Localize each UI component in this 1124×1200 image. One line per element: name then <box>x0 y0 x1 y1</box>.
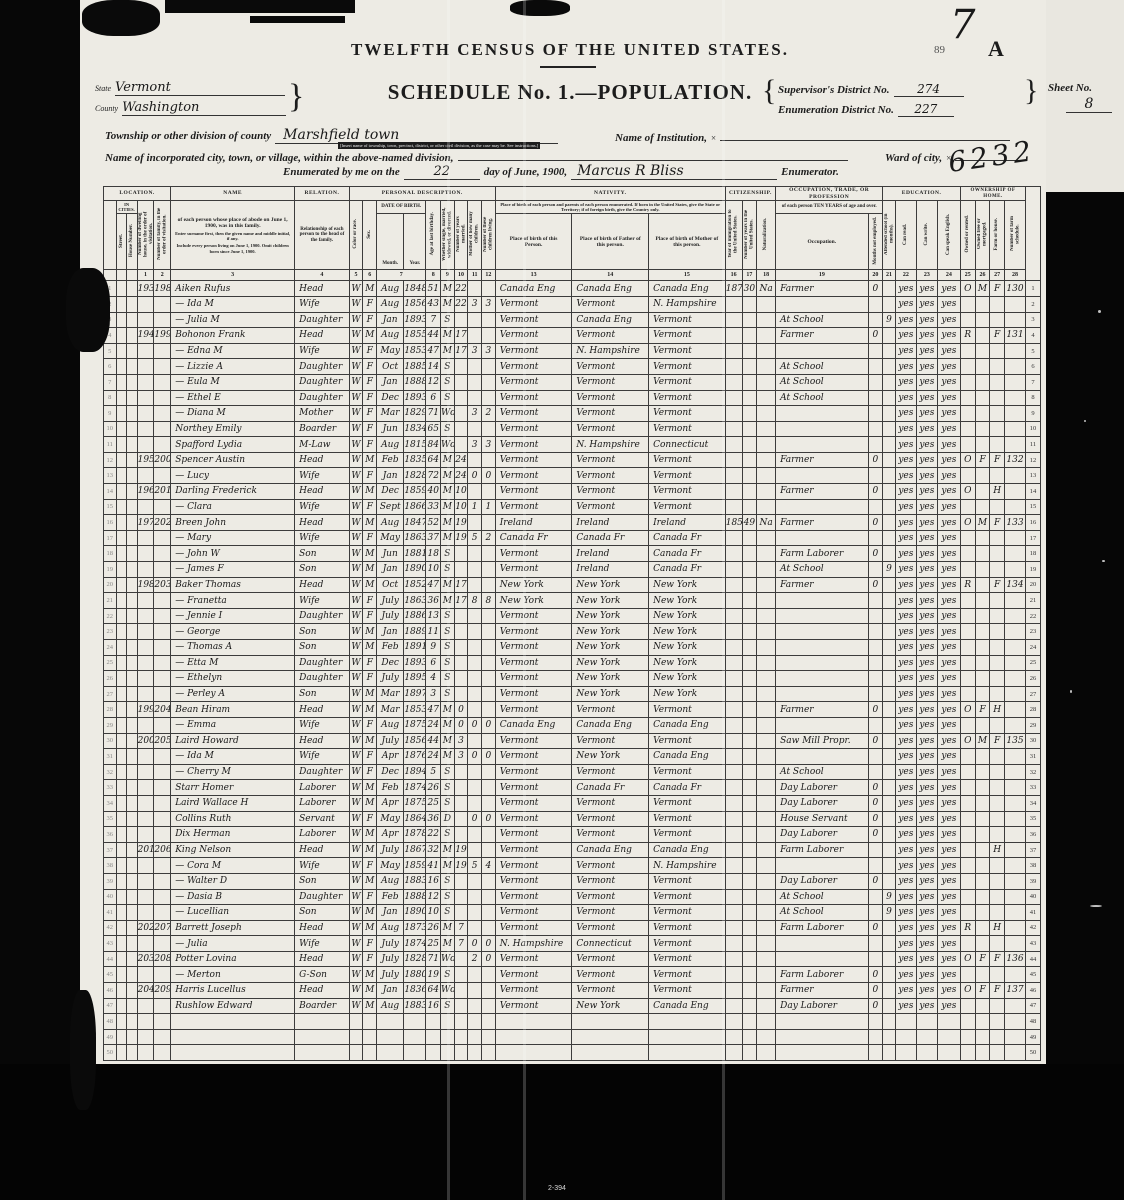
cell-pf: Vermont <box>572 983 649 999</box>
cell-house <box>127 858 138 874</box>
cell-nat <box>757 671 776 687</box>
cell-write: yes <box>916 905 937 921</box>
cell-bmo: Feb <box>377 889 404 905</box>
line-number-right: 13 <box>1026 468 1041 484</box>
column-number: 27 <box>990 270 1005 281</box>
cell-yus <box>742 577 757 593</box>
cell-byr: 1891 <box>404 640 426 656</box>
cell-own <box>960 795 975 811</box>
cell-sex: F <box>363 406 377 422</box>
cell-pm: Vermont <box>649 811 726 827</box>
cell-own: O <box>960 281 975 297</box>
cell-write: yes <box>916 702 937 718</box>
cell-name: — Mary <box>171 530 295 546</box>
cell-mch <box>468 795 482 811</box>
cell-mch <box>468 780 482 796</box>
cell-yus <box>742 858 757 874</box>
cell-dw <box>137 1029 154 1045</box>
cell-mlv <box>481 733 495 749</box>
cell-mlv: 2 <box>481 530 495 546</box>
cell-mne <box>868 951 883 967</box>
cell-imm <box>725 343 742 359</box>
cell-dw: 199 <box>137 702 154 718</box>
cell-pm: Vermont <box>649 499 726 515</box>
cell-byr: 1866 <box>404 499 426 515</box>
cell-street <box>116 562 127 578</box>
cell-write: yes <box>916 608 937 624</box>
cell-yus <box>742 951 757 967</box>
cell-pob: Vermont <box>495 624 572 640</box>
cell-pm: Canada Fr <box>649 530 726 546</box>
cell-fam: 201 <box>154 484 171 500</box>
cell-street <box>116 1045 127 1061</box>
cell-name <box>171 1029 295 1045</box>
cell-pf: N. Hampshire <box>572 343 649 359</box>
sheet-label: Sheet No. <box>1048 82 1092 94</box>
cell-own <box>960 905 975 921</box>
cell-eng: yes <box>937 842 960 858</box>
line-number-left: 31 <box>104 749 117 765</box>
cell-age: 44 <box>426 733 441 749</box>
cell-sched <box>1005 811 1026 827</box>
cell-ofm: M <box>975 281 990 297</box>
cell-sex: M <box>363 281 377 297</box>
cell-age: 4 <box>426 671 441 687</box>
cell-write: yes <box>916 562 937 578</box>
cell-street <box>116 795 127 811</box>
cell-sched <box>1005 390 1026 406</box>
cell-sex: F <box>363 296 377 312</box>
head-house-number: House Number. <box>127 214 138 270</box>
supervisor-value: 274 <box>894 82 964 97</box>
cell-byr: 1853 <box>404 702 426 718</box>
cell-pf: N. Hampshire <box>572 437 649 453</box>
cell-mlv <box>481 624 495 640</box>
cell-eng: yes <box>937 655 960 671</box>
cell-fh <box>990 421 1005 437</box>
cell-pob: Vermont <box>495 749 572 765</box>
head-color: Color or race. <box>349 201 363 270</box>
cell-imm <box>725 842 742 858</box>
cell-house <box>127 671 138 687</box>
cell-ofm <box>975 593 990 609</box>
census-row: 45— MertonG-SonWMJuly188019SVermontVermo… <box>104 967 1041 983</box>
cell-eng: yes <box>937 671 960 687</box>
head-years-married: Number of years married. <box>454 201 468 270</box>
cell-eng: yes <box>937 858 960 874</box>
cell-fam: 209 <box>154 983 171 999</box>
cell-sch <box>883 764 896 780</box>
cell-own <box>960 967 975 983</box>
cell-pm: Canada Fr <box>649 546 726 562</box>
cell-yrm <box>454 764 468 780</box>
cell-name: Dix Herman <box>171 827 295 843</box>
cell-fam: 199 <box>154 328 171 344</box>
cell-color: W <box>349 593 363 609</box>
cell-imm <box>725 1014 742 1030</box>
cell-yus <box>742 421 757 437</box>
cell-sex: F <box>363 608 377 624</box>
cell-fh <box>990 499 1005 515</box>
cell-write: yes <box>916 998 937 1014</box>
cell-yus <box>742 983 757 999</box>
cell-bmo: Aug <box>377 920 404 936</box>
cell-own: O <box>960 951 975 967</box>
cell-pf: New York <box>572 593 649 609</box>
cell-pob: Vermont <box>495 920 572 936</box>
cell-byr: 1874 <box>404 936 426 952</box>
cell-mne: 0 <box>868 873 883 889</box>
cell-occ: Farm Laborer <box>776 546 868 562</box>
cell-nat <box>757 640 776 656</box>
cell-street <box>116 312 127 328</box>
cell-fh <box>990 359 1005 375</box>
cell-rel: Head <box>295 733 350 749</box>
cell-byr: 1888 <box>404 889 426 905</box>
cell-occ: Saw Mill Propr. <box>776 733 868 749</box>
cell-eng: yes <box>937 328 960 344</box>
cell-pm: Vermont <box>649 905 726 921</box>
cell-pob: New York <box>495 577 572 593</box>
cell-sched <box>1005 686 1026 702</box>
cell-mne <box>868 655 883 671</box>
cell-write: yes <box>916 983 937 999</box>
cell-own <box>960 889 975 905</box>
cell-fh <box>990 998 1005 1014</box>
census-row: 34Laird Wallace HLaborerWMApr187525SVerm… <box>104 795 1041 811</box>
cell-sch: 9 <box>883 889 896 905</box>
cell-rel: Head <box>295 452 350 468</box>
cell-read: yes <box>895 702 916 718</box>
cell-own <box>960 858 975 874</box>
cell-name: Breen John <box>171 515 295 531</box>
cell-write: yes <box>916 374 937 390</box>
cell-pob: Vermont <box>495 328 572 344</box>
cell-sched <box>1005 842 1026 858</box>
cell-sched: 136 <box>1005 951 1026 967</box>
cell-fam <box>154 905 171 921</box>
line-number-left: 48 <box>104 1014 117 1030</box>
cell-eng: yes <box>937 686 960 702</box>
cell-imm <box>725 577 742 593</box>
line-number-right: 47 <box>1026 998 1041 1014</box>
cell-pob: Vermont <box>495 468 572 484</box>
cell-read: yes <box>895 624 916 640</box>
cell-dw <box>137 873 154 889</box>
cell-fh <box>990 608 1005 624</box>
cell-rel: M-Law <box>295 437 350 453</box>
cell-own <box>960 562 975 578</box>
cell-mlv: 3 <box>481 437 495 453</box>
cell-house <box>127 920 138 936</box>
cell-yrm: 22 <box>454 296 468 312</box>
cell-yus <box>742 717 757 733</box>
cell-nat <box>757 967 776 983</box>
cell-mlv <box>481 967 495 983</box>
cell-yrm <box>454 655 468 671</box>
cell-ofm <box>975 608 990 624</box>
institution-line: Name of Institution, × <box>615 128 1010 146</box>
cell-street <box>116 468 127 484</box>
cell-dw <box>137 1045 154 1061</box>
cell-rel: Wife <box>295 468 350 484</box>
title-rule <box>540 66 596 68</box>
cell-occ <box>776 437 868 453</box>
cell-own <box>960 390 975 406</box>
cell-sex <box>363 1045 377 1061</box>
cell-dw <box>137 780 154 796</box>
line-number-left: 25 <box>104 655 117 671</box>
cell-yrm: 10 <box>454 499 468 515</box>
cell-eng: yes <box>937 951 960 967</box>
cell-mne: 0 <box>868 827 883 843</box>
cell-bmo: May <box>377 811 404 827</box>
cell-street <box>116 328 127 344</box>
cell-sch <box>883 343 896 359</box>
column-number: 7 <box>377 270 426 281</box>
cell-pf: Connecticut <box>572 936 649 952</box>
line-number-left: 39 <box>104 873 117 889</box>
cell-house <box>127 624 138 640</box>
cell-fh: F <box>990 577 1005 593</box>
cell-bmo: Jan <box>377 983 404 999</box>
cell-fh <box>990 858 1005 874</box>
cell-age: 6 <box>426 390 441 406</box>
cell-sched <box>1005 717 1026 733</box>
cell-rel: Daughter <box>295 390 350 406</box>
cell-age: 19 <box>426 967 441 983</box>
district-brace-open: { <box>762 74 776 108</box>
line-number-right: 26 <box>1026 671 1041 687</box>
cell-ofm: F <box>975 702 990 718</box>
cell-sex: M <box>363 733 377 749</box>
cell-sched: 134 <box>1005 577 1026 593</box>
cell-sched <box>1005 1014 1026 1030</box>
cell-eng: yes <box>937 406 960 422</box>
cell-house <box>127 437 138 453</box>
line-number-header-right <box>1026 187 1041 281</box>
cell-dw <box>137 811 154 827</box>
cell-color <box>349 1029 363 1045</box>
cell-bmo: Aug <box>377 515 404 531</box>
cell-ofm <box>975 562 990 578</box>
cell-eng: yes <box>937 546 960 562</box>
cell-byr: 1836 <box>404 983 426 999</box>
cell-yus <box>742 827 757 843</box>
cell-mch: 0 <box>468 468 482 484</box>
cell-pob: Vermont <box>495 827 572 843</box>
cell-sch <box>883 842 896 858</box>
cell-name: Spencer Austin <box>171 452 295 468</box>
cell-pf: New York <box>572 749 649 765</box>
film-speck <box>1090 905 1102 907</box>
cell-bmo: July <box>377 593 404 609</box>
cell-nat <box>757 827 776 843</box>
line-number-right: 9 <box>1026 406 1041 422</box>
cell-color: W <box>349 920 363 936</box>
cell-street <box>116 296 127 312</box>
cell-age: 7 <box>426 312 441 328</box>
cell-write: yes <box>916 390 937 406</box>
cell-mlv <box>481 312 495 328</box>
cell-pf: Vermont <box>572 858 649 874</box>
cell-nat <box>757 749 776 765</box>
cell-bmo: Dec <box>377 484 404 500</box>
cell-ofm <box>975 421 990 437</box>
cell-age: 25 <box>426 795 441 811</box>
cell-color: W <box>349 343 363 359</box>
cell-pm: Vermont <box>649 484 726 500</box>
line-number-left: 43 <box>104 936 117 952</box>
cell-eng <box>937 1014 960 1030</box>
cell-byr: 1875 <box>404 717 426 733</box>
cell-pf: New York <box>572 640 649 656</box>
head-write: Can write. <box>916 201 937 270</box>
cell-house <box>127 983 138 999</box>
cell-sched <box>1005 608 1026 624</box>
cell-read <box>895 1014 916 1030</box>
cell-imm <box>725 717 742 733</box>
cell-sex: F <box>363 749 377 765</box>
cell-pob: Vermont <box>495 390 572 406</box>
cell-yrm <box>454 686 468 702</box>
cell-sched <box>1005 421 1026 437</box>
line-number-right: 45 <box>1026 967 1041 983</box>
cell-pm: Canada Eng <box>649 842 726 858</box>
cell-name: Laird Howard <box>171 733 295 749</box>
cell-sched <box>1005 640 1026 656</box>
cell-byr <box>404 1014 426 1030</box>
cell-ofm <box>975 1029 990 1045</box>
cell-name: Laird Wallace H <box>171 795 295 811</box>
cell-mch <box>468 562 482 578</box>
cell-house <box>127 905 138 921</box>
cell-rel: Head <box>295 951 350 967</box>
cell-mlv: 0 <box>481 717 495 733</box>
head-occupation: Occupation. <box>776 214 868 270</box>
cell-name: — Ida M <box>171 296 295 312</box>
cell-street <box>116 827 127 843</box>
cell-byr: 1878 <box>404 827 426 843</box>
cell-own <box>960 1045 975 1061</box>
cell-dw <box>137 967 154 983</box>
cell-fh <box>990 1014 1005 1030</box>
cell-mlv <box>481 608 495 624</box>
institution-blank <box>720 140 1010 141</box>
corner-page-letter: A <box>988 36 1004 62</box>
cell-sch <box>883 624 896 640</box>
cell-name: — Franetta <box>171 593 295 609</box>
cell-fh <box>990 390 1005 406</box>
cell-fam <box>154 764 171 780</box>
cell-color: W <box>349 983 363 999</box>
cell-occ <box>776 686 868 702</box>
cell-read: yes <box>895 951 916 967</box>
cell-nat: Na <box>757 281 776 297</box>
cell-sched <box>1005 998 1026 1014</box>
cell-fam <box>154 546 171 562</box>
cell-eng: yes <box>937 998 960 1014</box>
cell-fam <box>154 530 171 546</box>
cell-age: 65 <box>426 421 441 437</box>
cell-yrm <box>454 312 468 328</box>
cell-eng: yes <box>937 702 960 718</box>
cell-byr: 1863 <box>404 530 426 546</box>
cell-name: — Diana M <box>171 406 295 422</box>
cell-mch <box>468 608 482 624</box>
column-number: 13 <box>495 270 572 281</box>
cell-own <box>960 764 975 780</box>
census-row: 39— Walter DSonWMAug188316SVermontVermon… <box>104 873 1041 889</box>
cell-pm: Vermont <box>649 328 726 344</box>
cell-pf: Vermont <box>572 951 649 967</box>
head-mother-of: Mother of how many children. <box>468 201 482 270</box>
film-speck <box>1102 560 1105 562</box>
cell-mch: 0 <box>468 749 482 765</box>
cell-street <box>116 998 127 1014</box>
cell-eng: yes <box>937 468 960 484</box>
cell-name: Potter Lovina <box>171 951 295 967</box>
cell-pf: Vermont <box>572 484 649 500</box>
cell-eng: yes <box>937 873 960 889</box>
cell-occ <box>776 671 868 687</box>
cell-write: yes <box>916 437 937 453</box>
cell-ofm <box>975 655 990 671</box>
cell-write: yes <box>916 951 937 967</box>
line-number-right: 14 <box>1026 484 1041 500</box>
cell-pm: Vermont <box>649 827 726 843</box>
cell-mch: 2 <box>468 951 482 967</box>
cell-nat <box>757 717 776 733</box>
cell-house <box>127 562 138 578</box>
cell-mch <box>468 889 482 905</box>
cell-mch: 8 <box>468 593 482 609</box>
cell-yus <box>742 936 757 952</box>
line-number-right: 25 <box>1026 655 1041 671</box>
cell-color: W <box>349 873 363 889</box>
cell-yrm <box>454 1014 468 1030</box>
cell-yus <box>742 842 757 858</box>
cell-name <box>171 1045 295 1061</box>
cell-nat <box>757 686 776 702</box>
cell-bmo <box>377 1045 404 1061</box>
cell-age: 3 <box>426 686 441 702</box>
census-row: 31— Ida MWifeWFApr187624M300VermontNew Y… <box>104 749 1041 765</box>
cell-street <box>116 281 127 297</box>
cell-yus <box>742 530 757 546</box>
cell-sch <box>883 951 896 967</box>
cell-yrm: 17 <box>454 328 468 344</box>
cell-occ: Day Laborer <box>776 998 868 1014</box>
cell-nat <box>757 764 776 780</box>
cell-sex: M <box>363 998 377 1014</box>
cell-sch <box>883 1045 896 1061</box>
cell-name: — Lizzie A <box>171 359 295 375</box>
cell-mne: 0 <box>868 811 883 827</box>
cell-read: yes <box>895 920 916 936</box>
cell-name: — James F <box>171 562 295 578</box>
head-dob: DATE OF BIRTH. <box>377 201 426 214</box>
cell-color: W <box>349 374 363 390</box>
cell-fam <box>154 312 171 328</box>
cell-mlv <box>481 827 495 843</box>
cell-read: yes <box>895 577 916 593</box>
cell-dw <box>137 998 154 1014</box>
cell-mlv: 0 <box>481 468 495 484</box>
cell-yus <box>742 889 757 905</box>
cell-nat <box>757 359 776 375</box>
cell-yrm <box>454 889 468 905</box>
